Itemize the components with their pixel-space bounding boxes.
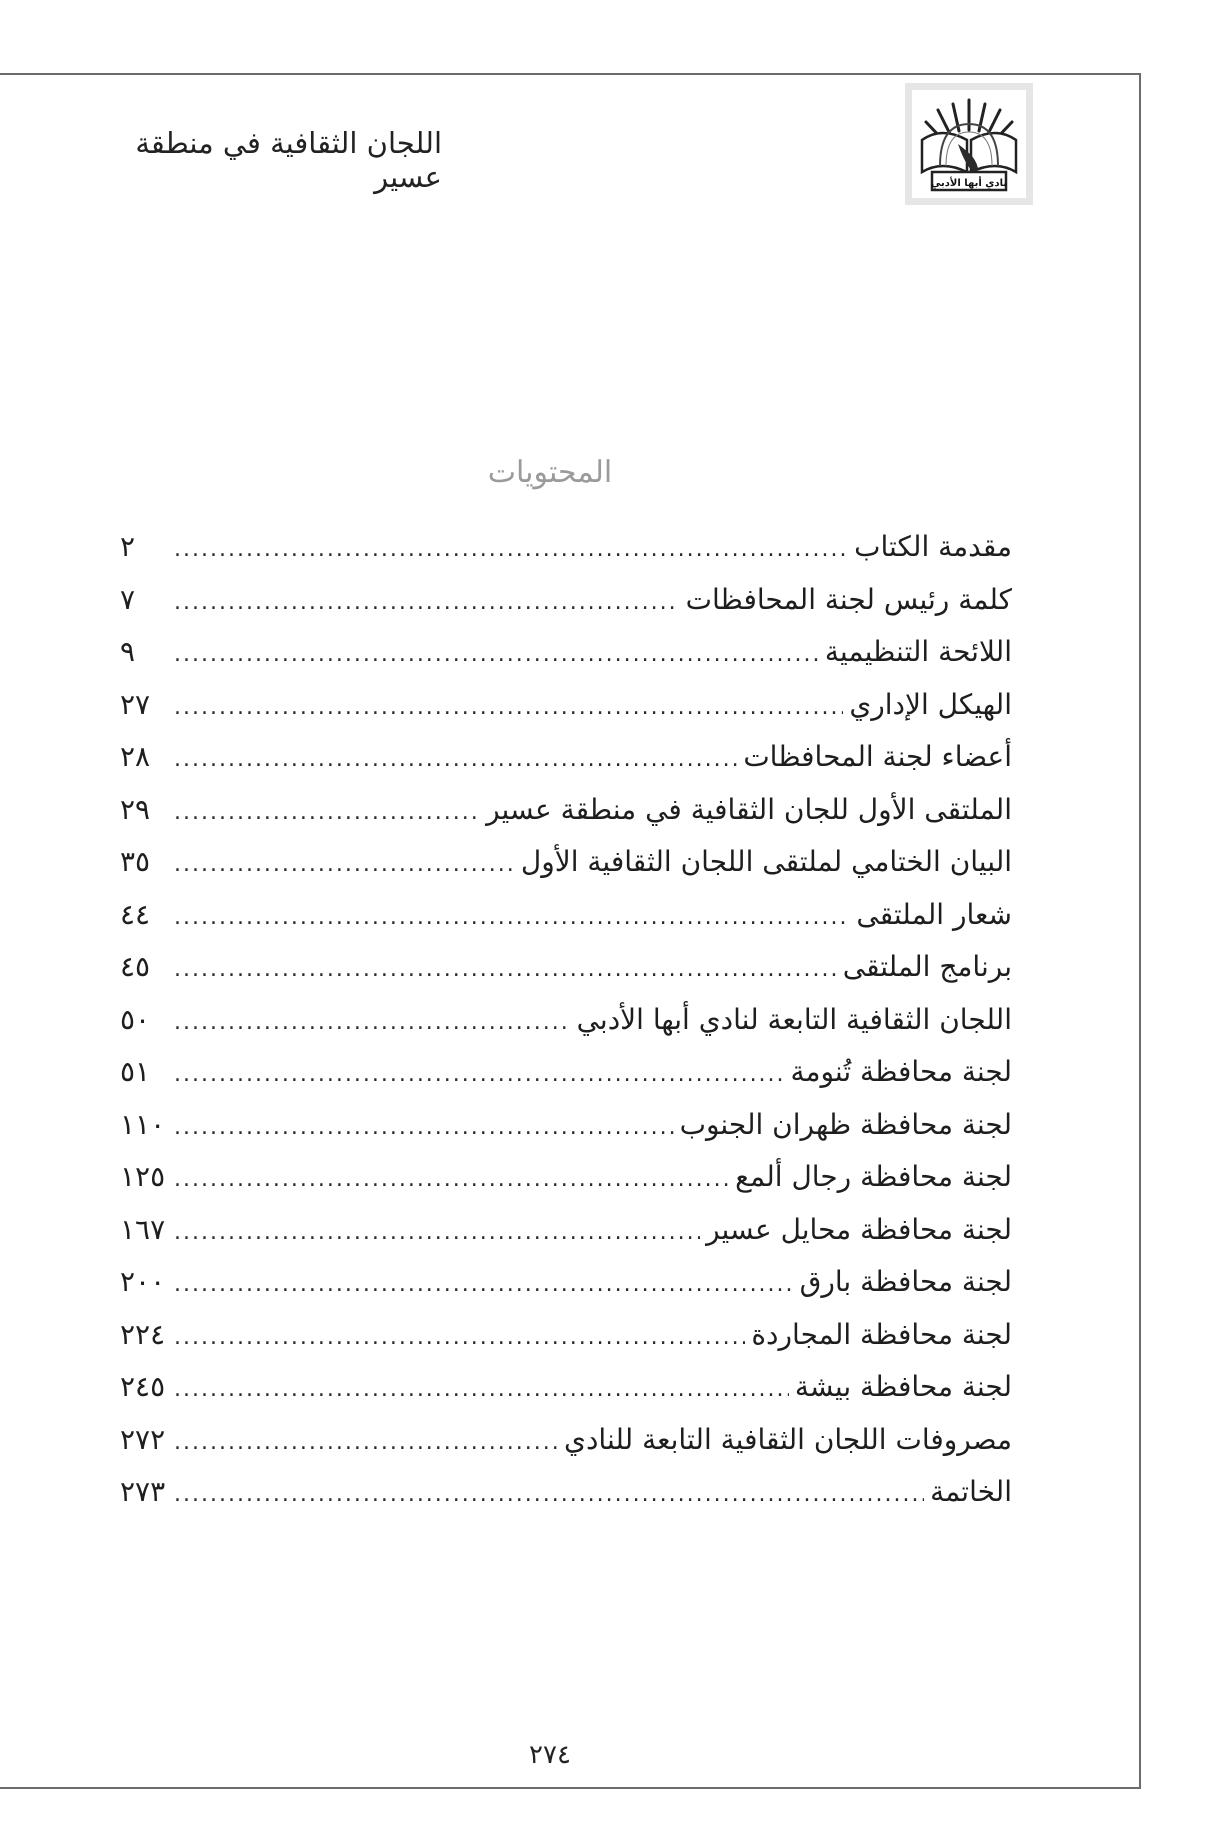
toc-entry-page: ٥٠ bbox=[120, 1003, 174, 1036]
toc-entry[interactable]: اللائحة التنظيمية ......................… bbox=[120, 635, 1012, 688]
toc-dot-leader: ........................................… bbox=[174, 642, 819, 667]
toc-heading: المحتويات bbox=[400, 455, 700, 490]
toc-entry[interactable]: لجنة محافظة رجال ألمع ..................… bbox=[120, 1160, 1012, 1213]
toc-dot-leader: ........................................… bbox=[174, 695, 843, 720]
toc-entry-title: اللجان الثقافية التابعة لنادي أبها الأدب… bbox=[571, 1003, 1012, 1036]
toc-entry-page: ٤٥ bbox=[120, 950, 174, 983]
toc-entry-page: ٢ bbox=[120, 530, 174, 563]
toc-entry[interactable]: أعضاء لجنة المحافظات ...................… bbox=[120, 740, 1012, 793]
toc-entry-page: ٣٥ bbox=[120, 845, 174, 878]
toc-entry-page: ١٢٥ bbox=[120, 1160, 174, 1193]
toc-entry-page: ٢٢٤ bbox=[120, 1318, 174, 1351]
toc-entry[interactable]: شعار الملتقى ...........................… bbox=[120, 898, 1012, 951]
toc-entry-page: ٢٤٥ bbox=[120, 1370, 174, 1403]
toc-dot-leader: ........................................… bbox=[174, 1010, 571, 1035]
toc-dot-leader: ........................................… bbox=[174, 537, 848, 562]
toc-dot-leader: ........................................… bbox=[174, 1220, 700, 1245]
toc-entry[interactable]: البيان الختامي لملتقى اللجان الثقافية ال… bbox=[120, 845, 1012, 898]
toc-entry[interactable]: برنامج الملتقى .........................… bbox=[120, 950, 1012, 1003]
table-of-contents: مقدمة الكتاب ...........................… bbox=[120, 530, 1012, 1528]
toc-dot-leader: ........................................… bbox=[174, 800, 480, 825]
toc-entry[interactable]: الملتقى الأول للجان الثقافية في منطقة عس… bbox=[120, 793, 1012, 846]
toc-dot-leader: ........................................… bbox=[174, 747, 737, 772]
toc-entry-title: لجنة محافظة محايل عسير bbox=[700, 1213, 1012, 1246]
toc-dot-leader: ........................................… bbox=[174, 1482, 924, 1507]
toc-entry-page: ٢٨ bbox=[120, 740, 174, 773]
toc-dot-leader: ........................................… bbox=[174, 1167, 729, 1192]
toc-entry[interactable]: لجنة محافظة المجاردة ...................… bbox=[120, 1318, 1012, 1371]
toc-entry[interactable]: لجنة محافظة تُنومة .....................… bbox=[120, 1055, 1012, 1108]
toc-dot-leader: ........................................… bbox=[174, 852, 515, 877]
toc-dot-leader: ........................................… bbox=[174, 1115, 674, 1140]
toc-entry-title: الخاتمة bbox=[924, 1475, 1012, 1508]
abha-literary-club-logo-icon: نادي أبها الأدبي bbox=[912, 90, 1026, 198]
toc-entry-page: ٩ bbox=[120, 635, 174, 668]
toc-dot-leader: ........................................… bbox=[174, 1062, 784, 1087]
toc-entry-page: ٢٧٢ bbox=[120, 1423, 174, 1456]
toc-entry-page: ٢٩ bbox=[120, 793, 174, 826]
toc-entry-title: البيان الختامي لملتقى اللجان الثقافية ال… bbox=[515, 845, 1012, 878]
toc-entry[interactable]: لجنة محافظة بيشة .......................… bbox=[120, 1370, 1012, 1423]
toc-entry-page: ٢٧٣ bbox=[120, 1475, 174, 1508]
toc-entry-page: ٧ bbox=[120, 583, 174, 616]
toc-entry-title: الملتقى الأول للجان الثقافية في منطقة عس… bbox=[480, 793, 1012, 826]
toc-dot-leader: ........................................… bbox=[174, 957, 837, 982]
toc-entry[interactable]: الخاتمة ................................… bbox=[120, 1475, 1012, 1528]
toc-entry-title: اللائحة التنظيمية bbox=[819, 635, 1012, 668]
page-number: ٢٧٤ bbox=[500, 1740, 600, 1770]
toc-entry[interactable]: لجنة محافظة ظهران الجنوب ...............… bbox=[120, 1108, 1012, 1161]
toc-entry[interactable]: لجنة محافظة بارق .......................… bbox=[120, 1265, 1012, 1318]
toc-entry-title: لجنة محافظة بارق bbox=[794, 1265, 1012, 1298]
toc-dot-leader: ........................................… bbox=[174, 1430, 558, 1455]
toc-entry[interactable]: لجنة محافظة محايل عسير .................… bbox=[120, 1213, 1012, 1266]
toc-entry-page: ٥١ bbox=[120, 1055, 174, 1088]
club-logo: نادي أبها الأدبي bbox=[905, 83, 1033, 205]
toc-entry-page: ٢٠٠ bbox=[120, 1265, 174, 1298]
toc-entry-page: ١١٠ bbox=[120, 1108, 174, 1141]
toc-entry-title: برنامج الملتقى bbox=[837, 950, 1012, 983]
toc-dot-leader: ........................................… bbox=[174, 590, 680, 615]
toc-entry-title: لجنة محافظة بيشة bbox=[789, 1370, 1012, 1403]
toc-dot-leader: ........................................… bbox=[174, 1377, 789, 1402]
toc-entry[interactable]: اللجان الثقافية التابعة لنادي أبها الأدب… bbox=[120, 1003, 1012, 1056]
toc-entry-title: لجنة محافظة ظهران الجنوب bbox=[674, 1108, 1012, 1141]
toc-entry[interactable]: مصروفات اللجان الثقافية التابعة للنادي .… bbox=[120, 1423, 1012, 1476]
toc-entry[interactable]: الهيكل الإداري .........................… bbox=[120, 688, 1012, 741]
svg-text:نادي أبها الأدبي: نادي أبها الأدبي bbox=[931, 176, 1007, 189]
toc-entry-page: ٤٤ bbox=[120, 898, 174, 931]
toc-entry[interactable]: مقدمة الكتاب ...........................… bbox=[120, 530, 1012, 583]
toc-entry-title: لجنة محافظة رجال ألمع bbox=[729, 1160, 1012, 1193]
toc-entry-page: ١٦٧ bbox=[120, 1213, 174, 1246]
toc-entry[interactable]: كلمة رئيس لجنة المحافظات ...............… bbox=[120, 583, 1012, 636]
toc-entry-title: لجنة محافظة المجاردة bbox=[745, 1318, 1012, 1351]
toc-entry-title: شعار الملتقى bbox=[850, 898, 1012, 931]
toc-entry-title: الهيكل الإداري bbox=[843, 688, 1012, 721]
toc-entry-title: لجنة محافظة تُنومة bbox=[784, 1055, 1012, 1088]
toc-entry-title: أعضاء لجنة المحافظات bbox=[737, 740, 1012, 773]
running-title: اللجان الثقافية في منطقة عسير bbox=[82, 126, 442, 194]
toc-entry-page: ٢٧ bbox=[120, 688, 174, 721]
toc-entry-title: مقدمة الكتاب bbox=[848, 530, 1012, 563]
toc-dot-leader: ........................................… bbox=[174, 1325, 745, 1350]
toc-dot-leader: ........................................… bbox=[174, 1272, 794, 1297]
toc-entry-title: كلمة رئيس لجنة المحافظات bbox=[680, 583, 1012, 616]
toc-dot-leader: ........................................… bbox=[174, 905, 850, 930]
toc-entry-title: مصروفات اللجان الثقافية التابعة للنادي bbox=[558, 1423, 1012, 1456]
